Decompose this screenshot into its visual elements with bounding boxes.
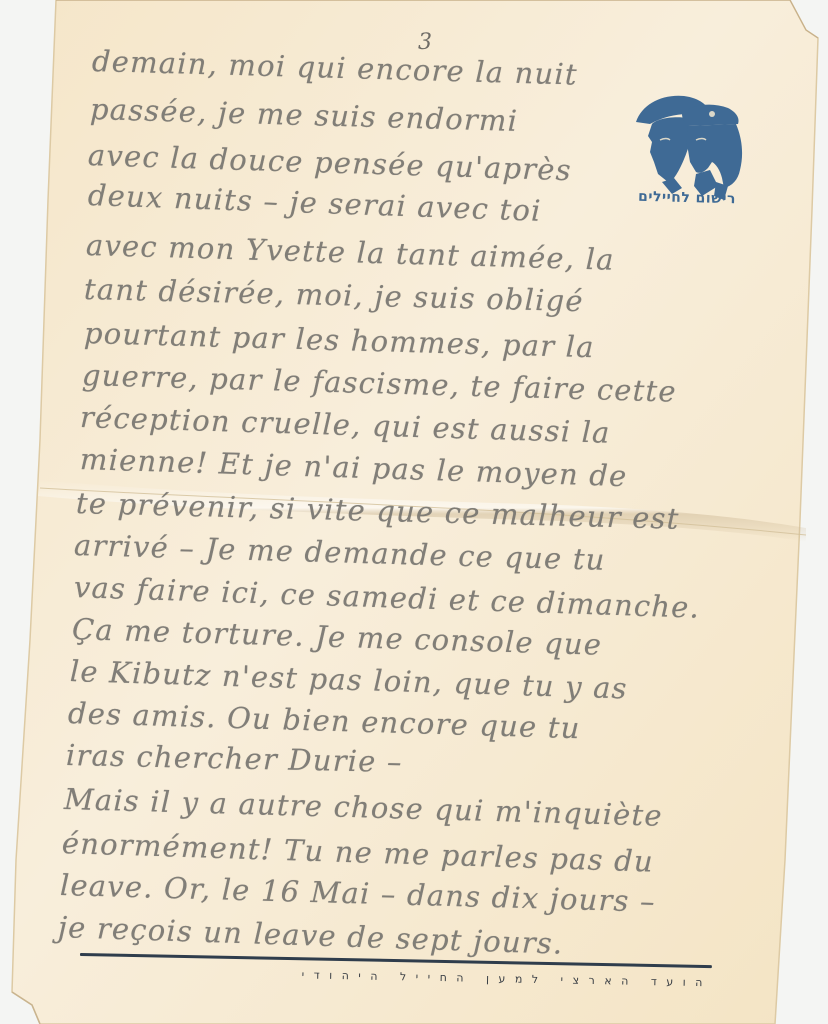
- letter-line: te prévenir, si vite que ce malheur est: [76, 486, 680, 536]
- page-number: 3: [418, 30, 432, 55]
- letter-line: pourtant par les hommes, par la: [84, 316, 596, 364]
- letter-line: passée, je me suis endormi: [90, 92, 519, 138]
- letter-line: demain, moi qui encore la nuit: [92, 44, 579, 92]
- letter-line: arrivé – Je me demande ce que tu: [74, 528, 607, 577]
- letter-line: réception cruelle, qui est aussi la: [79, 400, 611, 450]
- footer-organization: הועד הארצי למען החייל היהודי: [72, 964, 712, 989]
- letter-line: iras chercher Durie –: [66, 738, 403, 779]
- letterhead-caption: רישום לחיילים: [622, 188, 752, 207]
- letter-line: Mais il y a autre chose qui m'inquiète: [64, 782, 664, 833]
- letter-line: tant désirée, moi, je suis obligé: [84, 272, 585, 318]
- letter-line: des amis. Ou bien encore que tu: [67, 696, 581, 745]
- letter-line: guerre, par le fascisme, te faire cette: [82, 358, 678, 409]
- letter-line: Ça me torture. Je me console que: [71, 612, 602, 662]
- letter-line: avec mon Yvette la tant aimée, la: [86, 228, 616, 277]
- letter-page: 3 רישום: [0, 0, 828, 1024]
- scanned-letter: 3 רישום: [0, 0, 828, 1024]
- letter-line: mienne! Et je n'ai pas le moyen de: [79, 442, 628, 493]
- letter-line: deux nuits – je serai avec toi: [87, 178, 542, 228]
